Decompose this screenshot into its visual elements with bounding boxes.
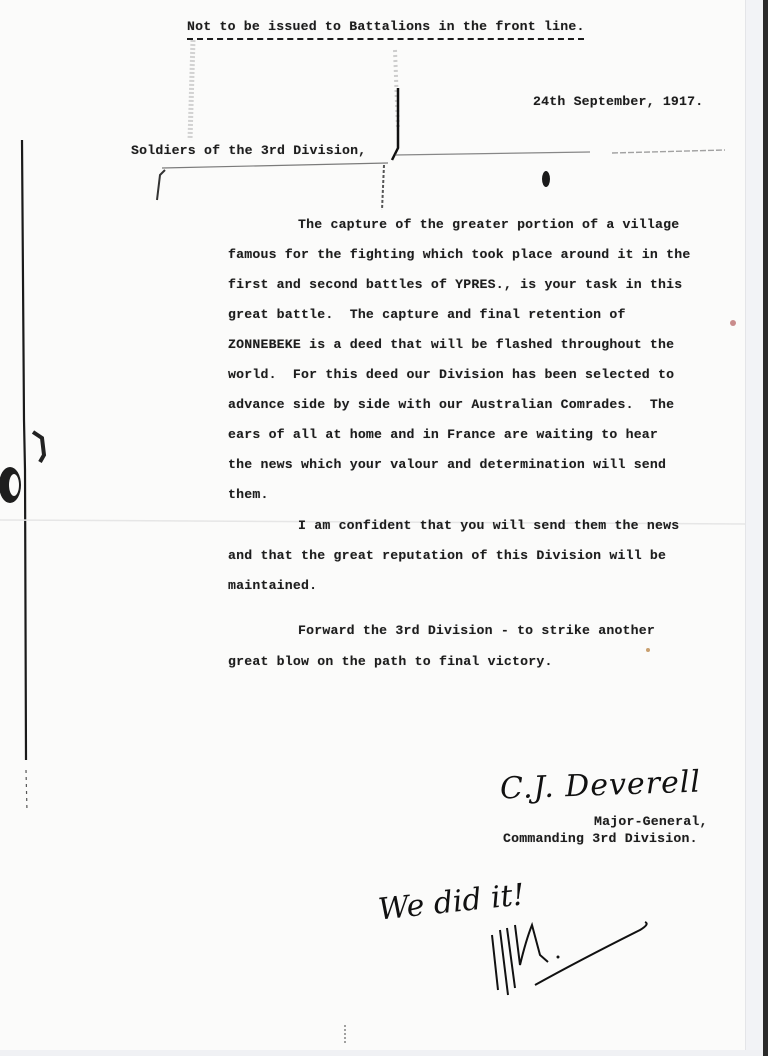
letter-date: 24th September, 1917. <box>533 94 703 109</box>
body-line: advance side by side with our Australian… <box>228 397 674 412</box>
body-line: first and second battles of YPRES., is y… <box>228 277 682 292</box>
restriction-heading: Not to be issued to Battalions in the fr… <box>187 19 585 34</box>
body-line: ears of all at home and in France are wa… <box>228 427 658 442</box>
body-line: world. For this deed our Division has be… <box>228 367 674 382</box>
body-line: The capture of the greater portion of a … <box>228 217 679 232</box>
body-line: ZONNEBEKE is a deed that will be flashed… <box>228 337 674 352</box>
salutation: Soldiers of the 3rd Division, <box>131 143 366 158</box>
signatory-unit: Commanding 3rd Division. <box>503 831 698 846</box>
body-line: the news which your valour and determina… <box>228 457 666 472</box>
body-line: them. <box>228 487 269 502</box>
body-line: great battle. The capture and final rete… <box>228 307 626 322</box>
scan-border <box>763 0 768 1056</box>
body-line: Forward the 3rd Division - to strike ano… <box>228 623 655 638</box>
signatory-title: Major-General, <box>594 814 708 829</box>
handwritten-signature: C.J. Deverell <box>499 765 701 807</box>
page-edge <box>745 0 764 1056</box>
body-line: maintained. <box>228 578 317 593</box>
body-line: famous for the fighting which took place… <box>228 247 691 262</box>
body-line: great blow on the path to final victory. <box>228 654 553 669</box>
body-line: I am confident that you will send them t… <box>228 518 679 533</box>
letter-page: Not to be issued to Battalions in the fr… <box>0 0 745 1050</box>
page-bottom-edge <box>0 1050 763 1056</box>
body-line: and that the great reputation of this Di… <box>228 548 666 563</box>
